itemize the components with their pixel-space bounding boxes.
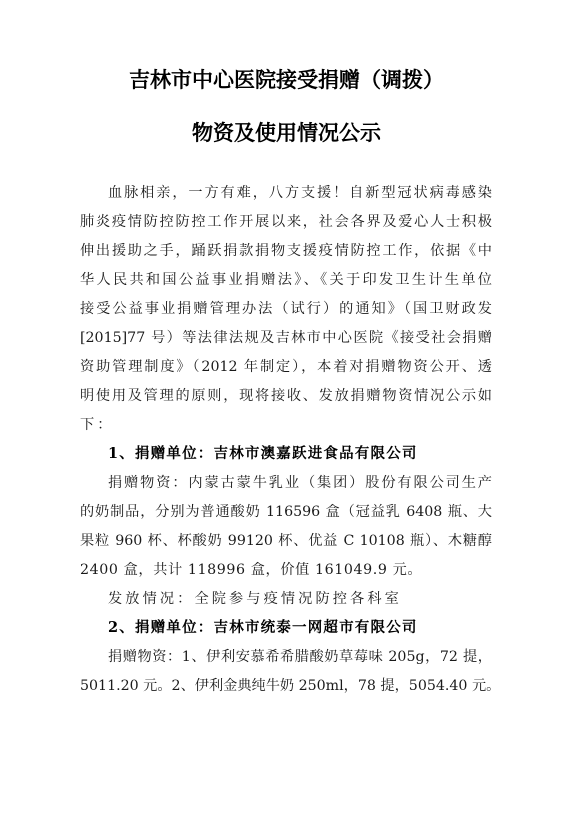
intro-line: 伸出援助之手，踊跃捐款捐物支援疫情防控工作，依据《中 bbox=[80, 241, 492, 261]
intro-line: 接受公益事业捐赠管理办法（试行）的通知》（国卫财政发 bbox=[80, 299, 492, 319]
document-title-line-1: 吉林市中心医院接受捐赠（调拨） bbox=[0, 64, 573, 94]
donation-item-line: 2400 盒，共计 118996 盒，价值 161049.9 元。 bbox=[80, 560, 492, 580]
donation-distribution: 发放情况：全院参与疫情况防控各科室 bbox=[108, 589, 492, 609]
document-title-line-2: 物资及使用情况公示 bbox=[0, 117, 573, 147]
donation-heading: 2、捐赠单位：吉林市统泰一网超市有限公司 bbox=[108, 618, 492, 638]
donation-heading: 1、捐赠单位：吉林市澳嘉跃进食品有限公司 bbox=[108, 444, 492, 464]
intro-line: 华人民共和国公益事业捐赠法》、《关于印发卫生计生单位 bbox=[80, 270, 492, 290]
intro-line: 资助管理制度》（2012 年制定），本着对捐赠物资公开、透 bbox=[80, 357, 492, 377]
donation-item-line: 的奶制品，分别为普通酸奶 116596 盒（冠益乳 6408 瓶、大 bbox=[80, 502, 492, 522]
intro-line: [2015]77 号）等法律法规及吉林市中心医院《接受社会捐赠 bbox=[80, 328, 492, 348]
donation-item-line: 5011.20 元。2、伊利金典纯牛奶 250ml，78 提，5054.40 元… bbox=[80, 676, 492, 696]
intro-line: 下： bbox=[80, 415, 492, 435]
donation-item-line: 果粒 960 杯、杯酸奶 99120 杯、优益 C 10108 瓶）、木糖醇 bbox=[80, 531, 492, 551]
intro-line: 血脉相亲，一方有难，八方支援！自新型冠状病毒感染 bbox=[108, 183, 492, 203]
intro-line: 明使用及管理的原则，现将接收、发放捐赠物资情况公示如 bbox=[80, 386, 492, 406]
intro-line: 肺炎疫情防控防控工作开展以来，社会各界及爱心人士积极 bbox=[80, 212, 492, 232]
donation-item-line: 捐赠物资：内蒙古蒙牛乳业（集团）股份有限公司生产 bbox=[108, 473, 492, 493]
donation-item-line: 捐赠物资：1、伊利安慕希希腊酸奶草莓味 205g，72 提， bbox=[108, 647, 492, 667]
